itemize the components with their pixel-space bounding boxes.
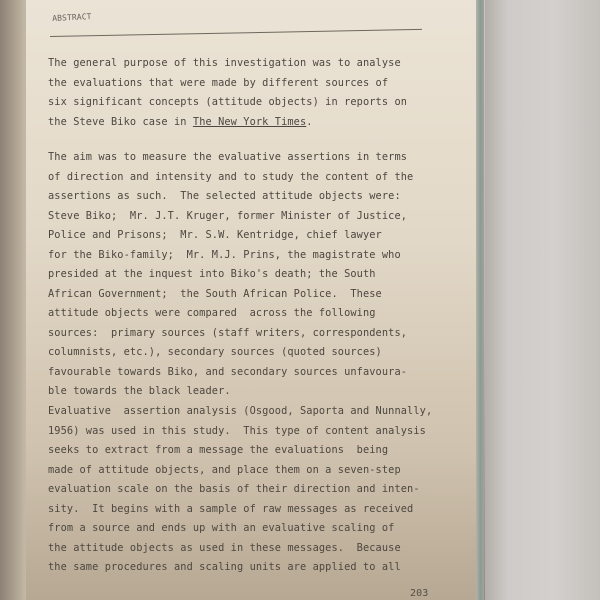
text-line: favourable towards Biko, and secondary s…: [48, 363, 468, 383]
text-line: Evaluative assertion analysis (Osgood, S…: [48, 402, 468, 422]
text-line: sity. It begins with a sample of raw mes…: [48, 500, 468, 520]
text-line: Steve Biko; Mr. J.T. Kruger, former Mini…: [48, 207, 468, 227]
text-line: the Steve Biko case in The New York Time…: [48, 113, 468, 133]
paragraph-aim: The aim was to measure the evaluative as…: [48, 148, 468, 402]
text-line: the evaluations that were made by differ…: [48, 74, 468, 94]
text-line: ble towards the black leader.: [48, 382, 468, 402]
header-rule: [50, 29, 422, 37]
text-line: sources: primary sources (staff writers,…: [48, 324, 468, 344]
text-line: The aim was to measure the evaluative as…: [48, 148, 468, 168]
text-line: for the Biko-family; Mr. M.J. Prins, the…: [48, 246, 468, 266]
page-number: 203: [410, 588, 428, 599]
section-header: ABSTRACT: [52, 12, 92, 23]
newspaper-title: The New York Times: [193, 116, 306, 128]
text-line: assertions as such. The selected attitud…: [48, 187, 468, 207]
paragraph-purpose: The general purpose of this investigatio…: [48, 54, 468, 132]
text-line: columnists, etc.), secondary sources (qu…: [48, 343, 468, 363]
text-line: presided at the inquest into Biko's deat…: [48, 265, 468, 285]
text-line: the same procedures and scaling units ar…: [48, 558, 468, 578]
background-surface: [485, 0, 600, 600]
text-line: from a source and ends up with an evalua…: [48, 519, 468, 539]
document-page: ABSTRACT The general purpose of this inv…: [26, 0, 476, 600]
photo-scene: ABSTRACT The general purpose of this inv…: [0, 0, 600, 600]
text-line: 1956) was used in this study. This type …: [48, 422, 468, 442]
paragraph-method: Evaluative assertion analysis (Osgood, S…: [48, 402, 468, 578]
text-line: The general purpose of this investigatio…: [48, 54, 468, 74]
text-line: the attitude objects as used in these me…: [48, 539, 468, 559]
text-fragment: the Steve Biko case in: [48, 116, 193, 128]
text-fragment: .: [306, 116, 312, 128]
text-line: evaluation scale on the basis of their d…: [48, 480, 468, 500]
text-line: attitude objects were compared across th…: [48, 304, 468, 324]
text-line: seeks to extract from a message the eval…: [48, 441, 468, 461]
text-line: made of attitude objects, and place them…: [48, 461, 468, 481]
text-line: African Government; the South African Po…: [48, 285, 468, 305]
text-line: six significant concepts (attitude objec…: [48, 93, 468, 113]
text-line: Police and Prisons; Mr. S.W. Kentridge, …: [48, 226, 468, 246]
text-line: of direction and intensity and to study …: [48, 168, 468, 188]
